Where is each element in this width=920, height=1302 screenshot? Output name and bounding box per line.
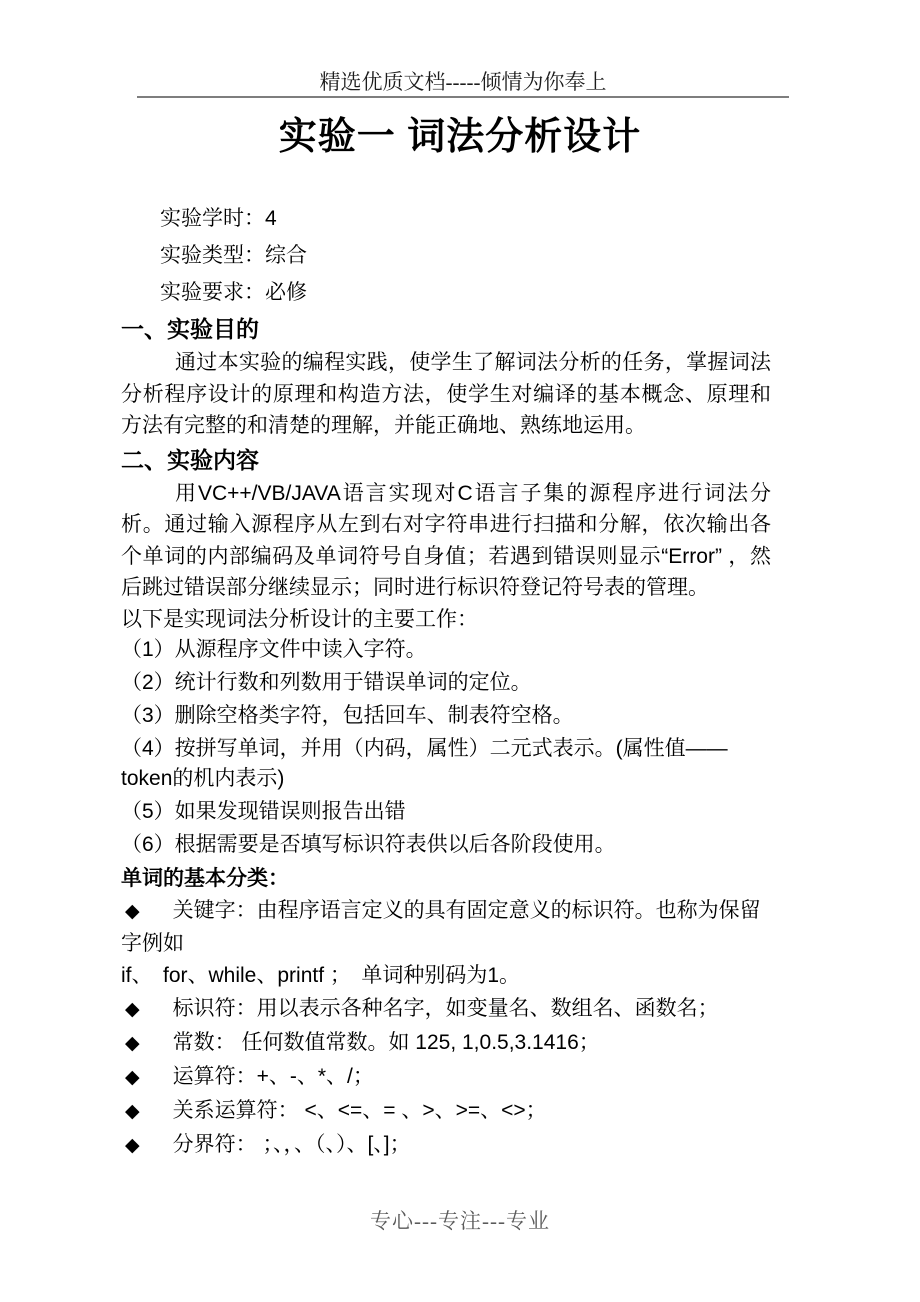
page-header: 精选优质文档-----倾情为你奉上 [137,0,789,98]
section-heading-purpose: 一、实验目的 [121,311,771,347]
bullet-item-delimiter: ◆分界符： ；、，、（、）、[、]； [121,1129,771,1162]
task-text: （2）统计行数和列数用于错误单词的定位。 [121,671,532,694]
meta-type: 实验类型：综合 [160,237,771,274]
content-paragraph: 用VC++/VB/JAVA语言实现对C语言子集的源程序进行词法分析。通过输入源程… [121,478,771,604]
diamond-bullet-icon: ◆ [125,999,140,1020]
diamond-bullet-icon: ◆ [125,901,140,922]
purpose-paragraph: 通过本实验的编程实践，使学生了解词法分析的任务，掌握词法分析程序设计的原理和构造… [121,347,771,442]
meta-requirement: 实验要求：必修 [160,274,771,311]
bullet-text: 运算符：+、-、*、/； [173,1065,374,1088]
bullet-text: 分界符： ；、，、（、）、[、]； [173,1133,411,1156]
task-text: （1）从源程序文件中读入字符。 [121,638,427,661]
bullet-item-identifier: ◆标识符：用以表示各种名字，如变量名、数组名、函数名； [121,993,771,1026]
meta-hours: 实验学时：4 [160,200,771,237]
bullet-item-constant: ◆常数： 任何数值常数。如 125, 1,0.5,3.1416； [121,1027,771,1060]
task-item-2: （2）统计行数和列数用于错误单词的定位。 [121,668,771,698]
classification-heading: 单词的基本分类： [121,863,771,895]
task-item-5: （5）如果发现错误则报告出错 [121,797,771,827]
header-text: 精选优质文档-----倾情为你奉上 [137,70,789,96]
bullet-item-operator: ◆运算符：+、-、*、/； [121,1061,771,1094]
diamond-bullet-icon: ◆ [125,1135,140,1156]
page-footer: 专心---专注---专业 [0,1205,920,1235]
bullet-text-continued: if、 for、while、printf ； 单词种别码为1。 [121,964,520,987]
diamond-bullet-icon: ◆ [125,1067,140,1088]
bullet-text: 常数： 任何数值常数。如 125, 1,0.5,3.1416； [173,1031,600,1054]
task-text: （6）根据需要是否填写标识符表供以后各阶段使用。 [121,833,616,856]
document-body: 实验学时：4 实验类型：综合 实验要求：必修 一、实验目的 通过本实验的编程实践… [121,200,771,1162]
task-text: （4）按拼写单词，并用（内码，属性）二元式表示。(属性值—— [121,737,728,760]
bullet-text: 关系运算符： <、<=、= 、>、>=、<>； [173,1099,547,1122]
task-text: （5）如果发现错误则报告出错 [121,800,406,823]
page-title: 实验一 词法分析设计 [0,115,920,160]
tasks-intro: 以下是实现词法分析设计的主要工作： [121,604,771,636]
bullet-item-keyword: ◆关键字：由程序语言定义的具有固定意义的标识符。也称为保留字例如if、 for、… [121,895,771,992]
bullet-item-relational-operator: ◆关系运算符： <、<=、= 、>、>=、<>； [121,1095,771,1128]
document-page: 精选优质文档-----倾情为你奉上 实验一 词法分析设计 实验学时：4 实验类型… [0,0,920,1302]
meta-block: 实验学时：4 实验类型：综合 实验要求：必修 [121,200,771,311]
bullet-text: 标识符：用以表示各种名字，如变量名、数组名、函数名； [173,997,719,1020]
task-text: （3）删除空格类字符，包括回车、制表符空格。 [121,704,574,727]
section-heading-content: 二、实验内容 [121,442,771,478]
task-item-4: （4）按拼写单词，并用（内码，属性）二元式表示。(属性值——token的机内表示… [121,734,771,794]
diamond-bullet-icon: ◆ [125,1101,140,1122]
diamond-bullet-icon: ◆ [125,1033,140,1054]
task-text-continued: token的机内表示) [121,767,284,790]
task-item-3: （3）删除空格类字符，包括回车、制表符空格。 [121,701,771,731]
bullet-text: 关键字：由程序语言定义的具有固定意义的标识符。也称为保留字例如 [121,899,761,955]
task-item-6: （6）根据需要是否填写标识符表供以后各阶段使用。 [121,830,771,860]
task-item-1: （1）从源程序文件中读入字符。 [121,635,771,665]
